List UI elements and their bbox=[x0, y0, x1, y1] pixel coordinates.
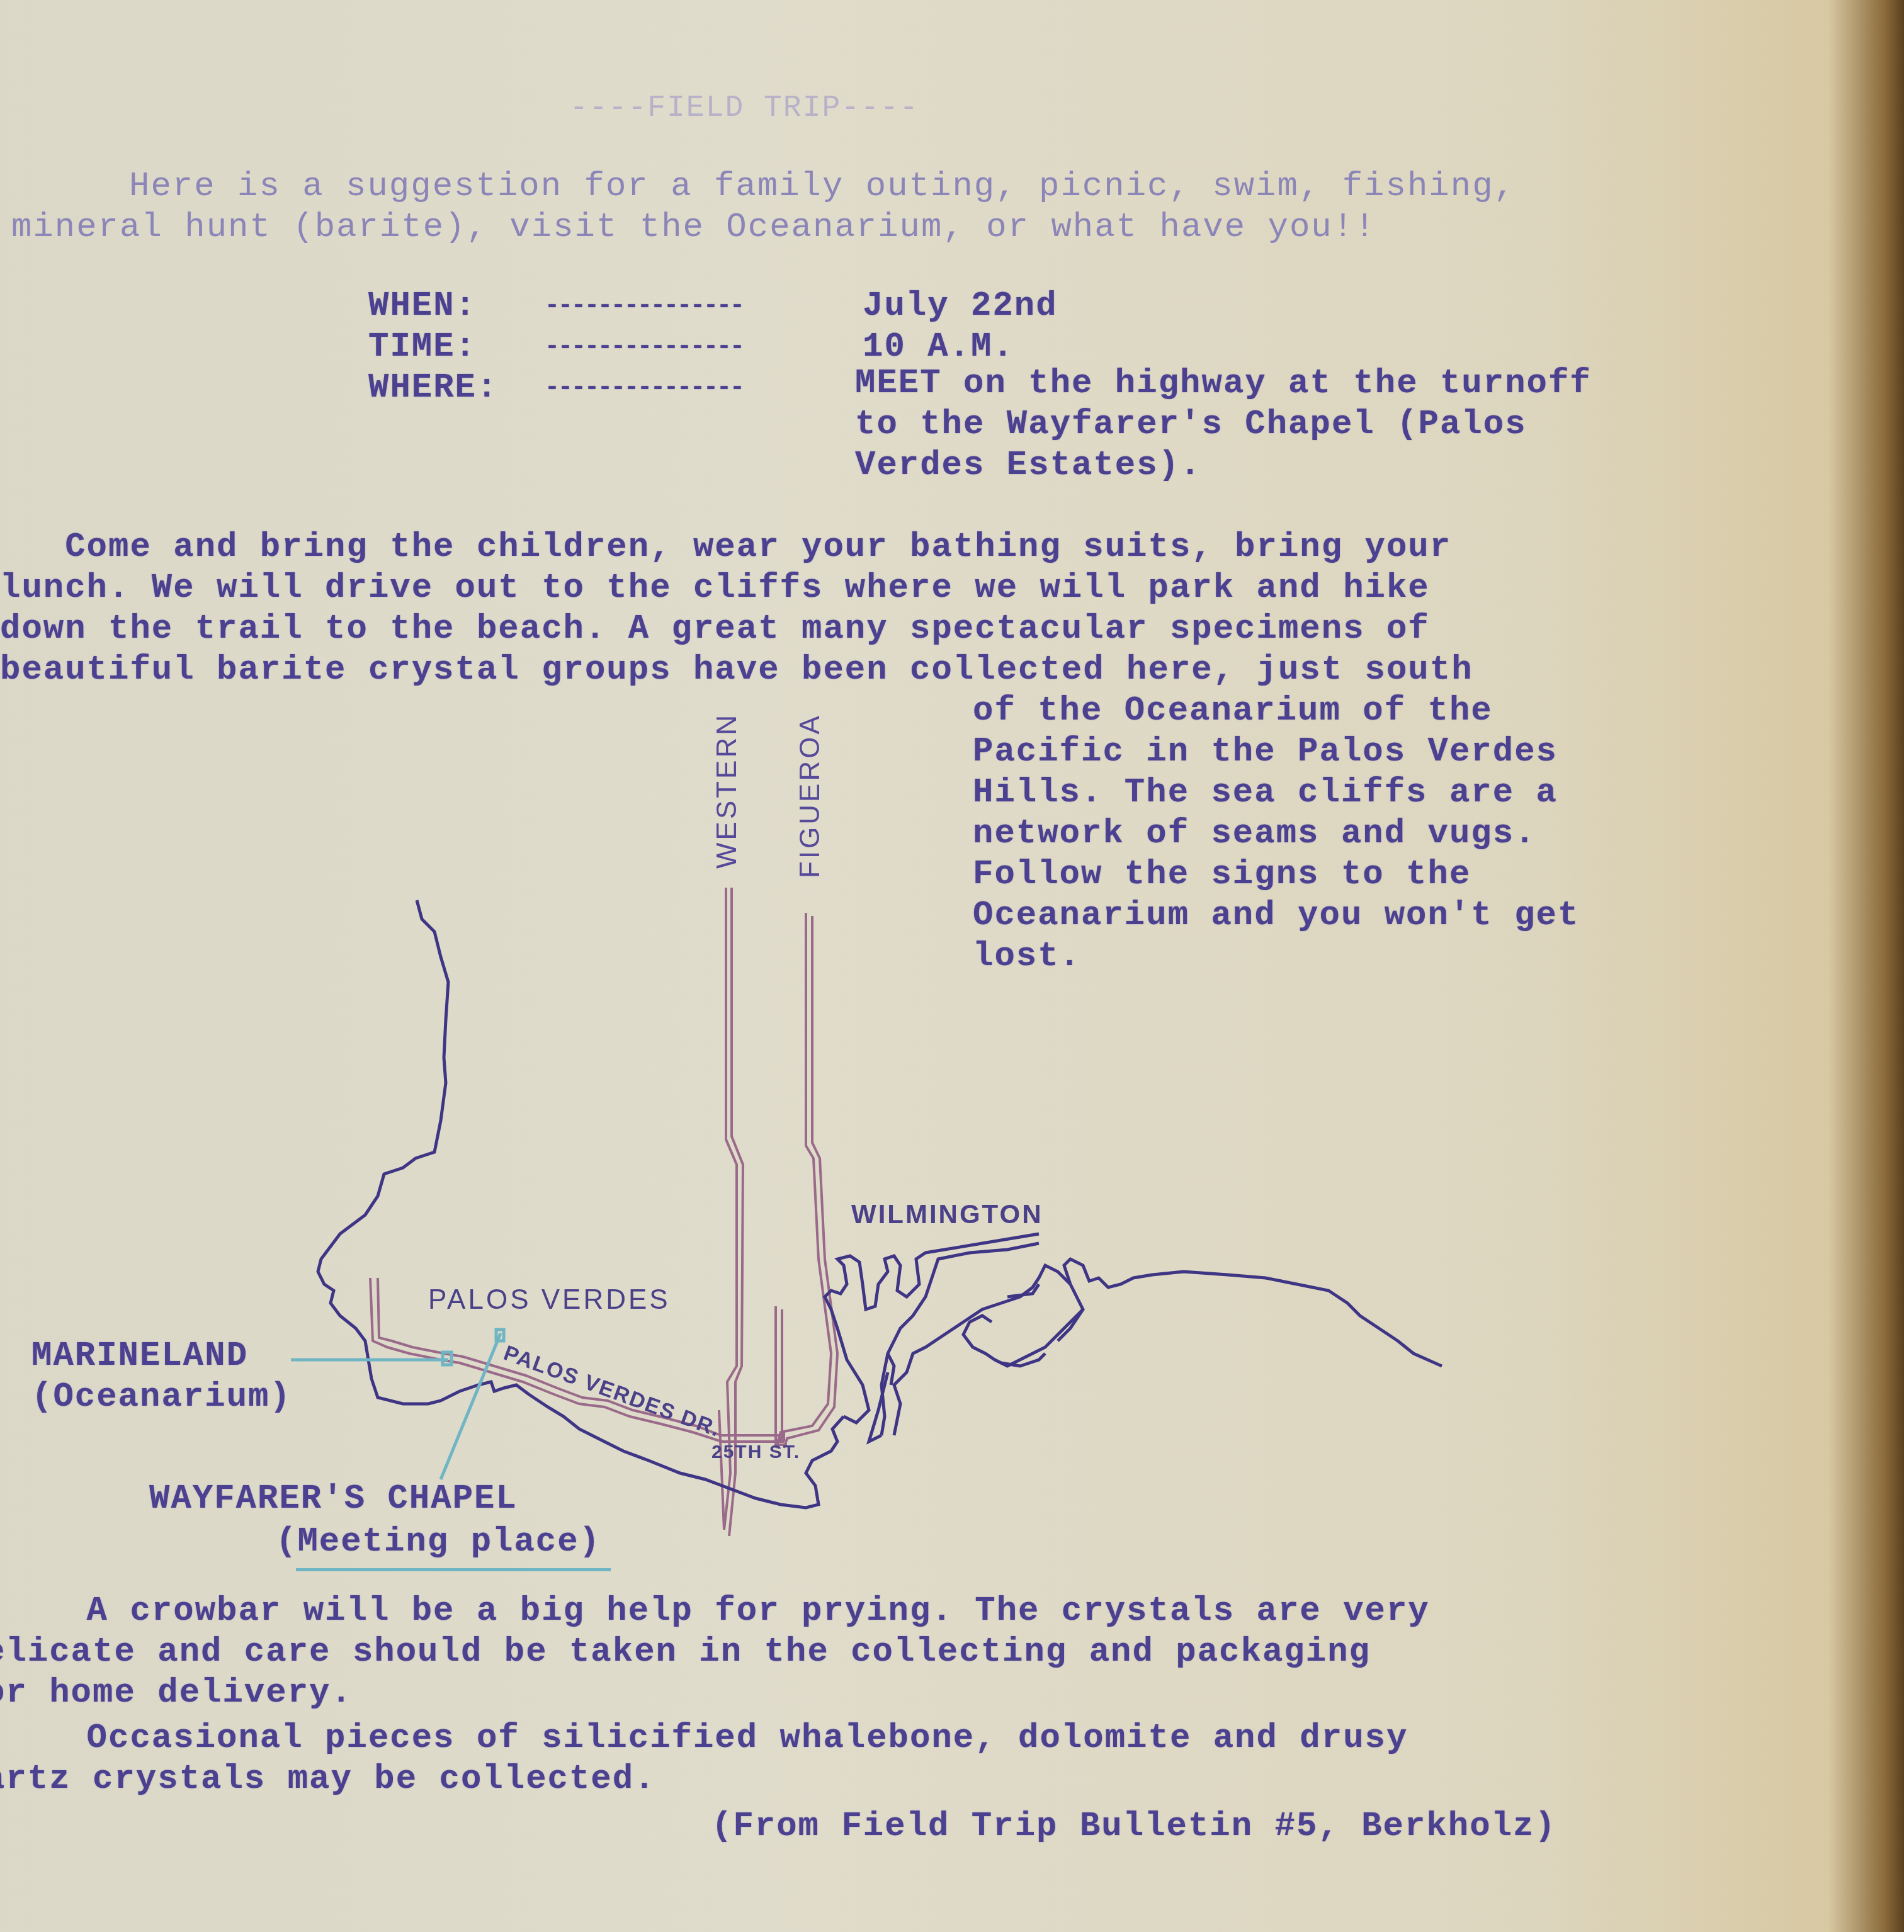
figueroa-road bbox=[776, 913, 837, 1448]
western-label: WESTERN bbox=[711, 713, 743, 869]
closing-line-1: A crowbar will be a big help for prying.… bbox=[0, 1591, 1430, 1632]
closing-line-4: Occasional pieces of silicified whalebon… bbox=[0, 1719, 1408, 1759]
vermont-connector bbox=[776, 1306, 782, 1442]
closing-line-3: or home delivery. bbox=[0, 1673, 353, 1714]
map-pointers bbox=[291, 1330, 504, 1479]
wayfarers-chapel-label: WAYFARER'S CHAPEL bbox=[149, 1479, 518, 1520]
meeting-place-label: (Meeting place) bbox=[276, 1522, 601, 1562]
closing-line-5: artz crystals may be collected. bbox=[0, 1760, 656, 1800]
coastline-west bbox=[318, 900, 844, 1508]
25th-street-label: 25TH ST. bbox=[711, 1442, 800, 1463]
meeting-place-underline bbox=[296, 1568, 611, 1571]
source-citation: (From Field Trip Bulletin #5, Berkholz) bbox=[711, 1807, 1556, 1847]
harbor-coastline bbox=[825, 1234, 1442, 1442]
western-road bbox=[719, 888, 743, 1536]
figueroa-label: FIGUEROA bbox=[795, 713, 826, 878]
closing-line-2: elicate and care should be taken in the … bbox=[0, 1632, 1371, 1673]
marineland-label: MARINELAND bbox=[31, 1336, 248, 1377]
palos-verdes-label: PALOS VERDES bbox=[428, 1284, 671, 1316]
wilmington-label: WILMINGTON bbox=[851, 1199, 1043, 1229]
marineland-sub-label: (Oceanarium) bbox=[31, 1377, 292, 1418]
